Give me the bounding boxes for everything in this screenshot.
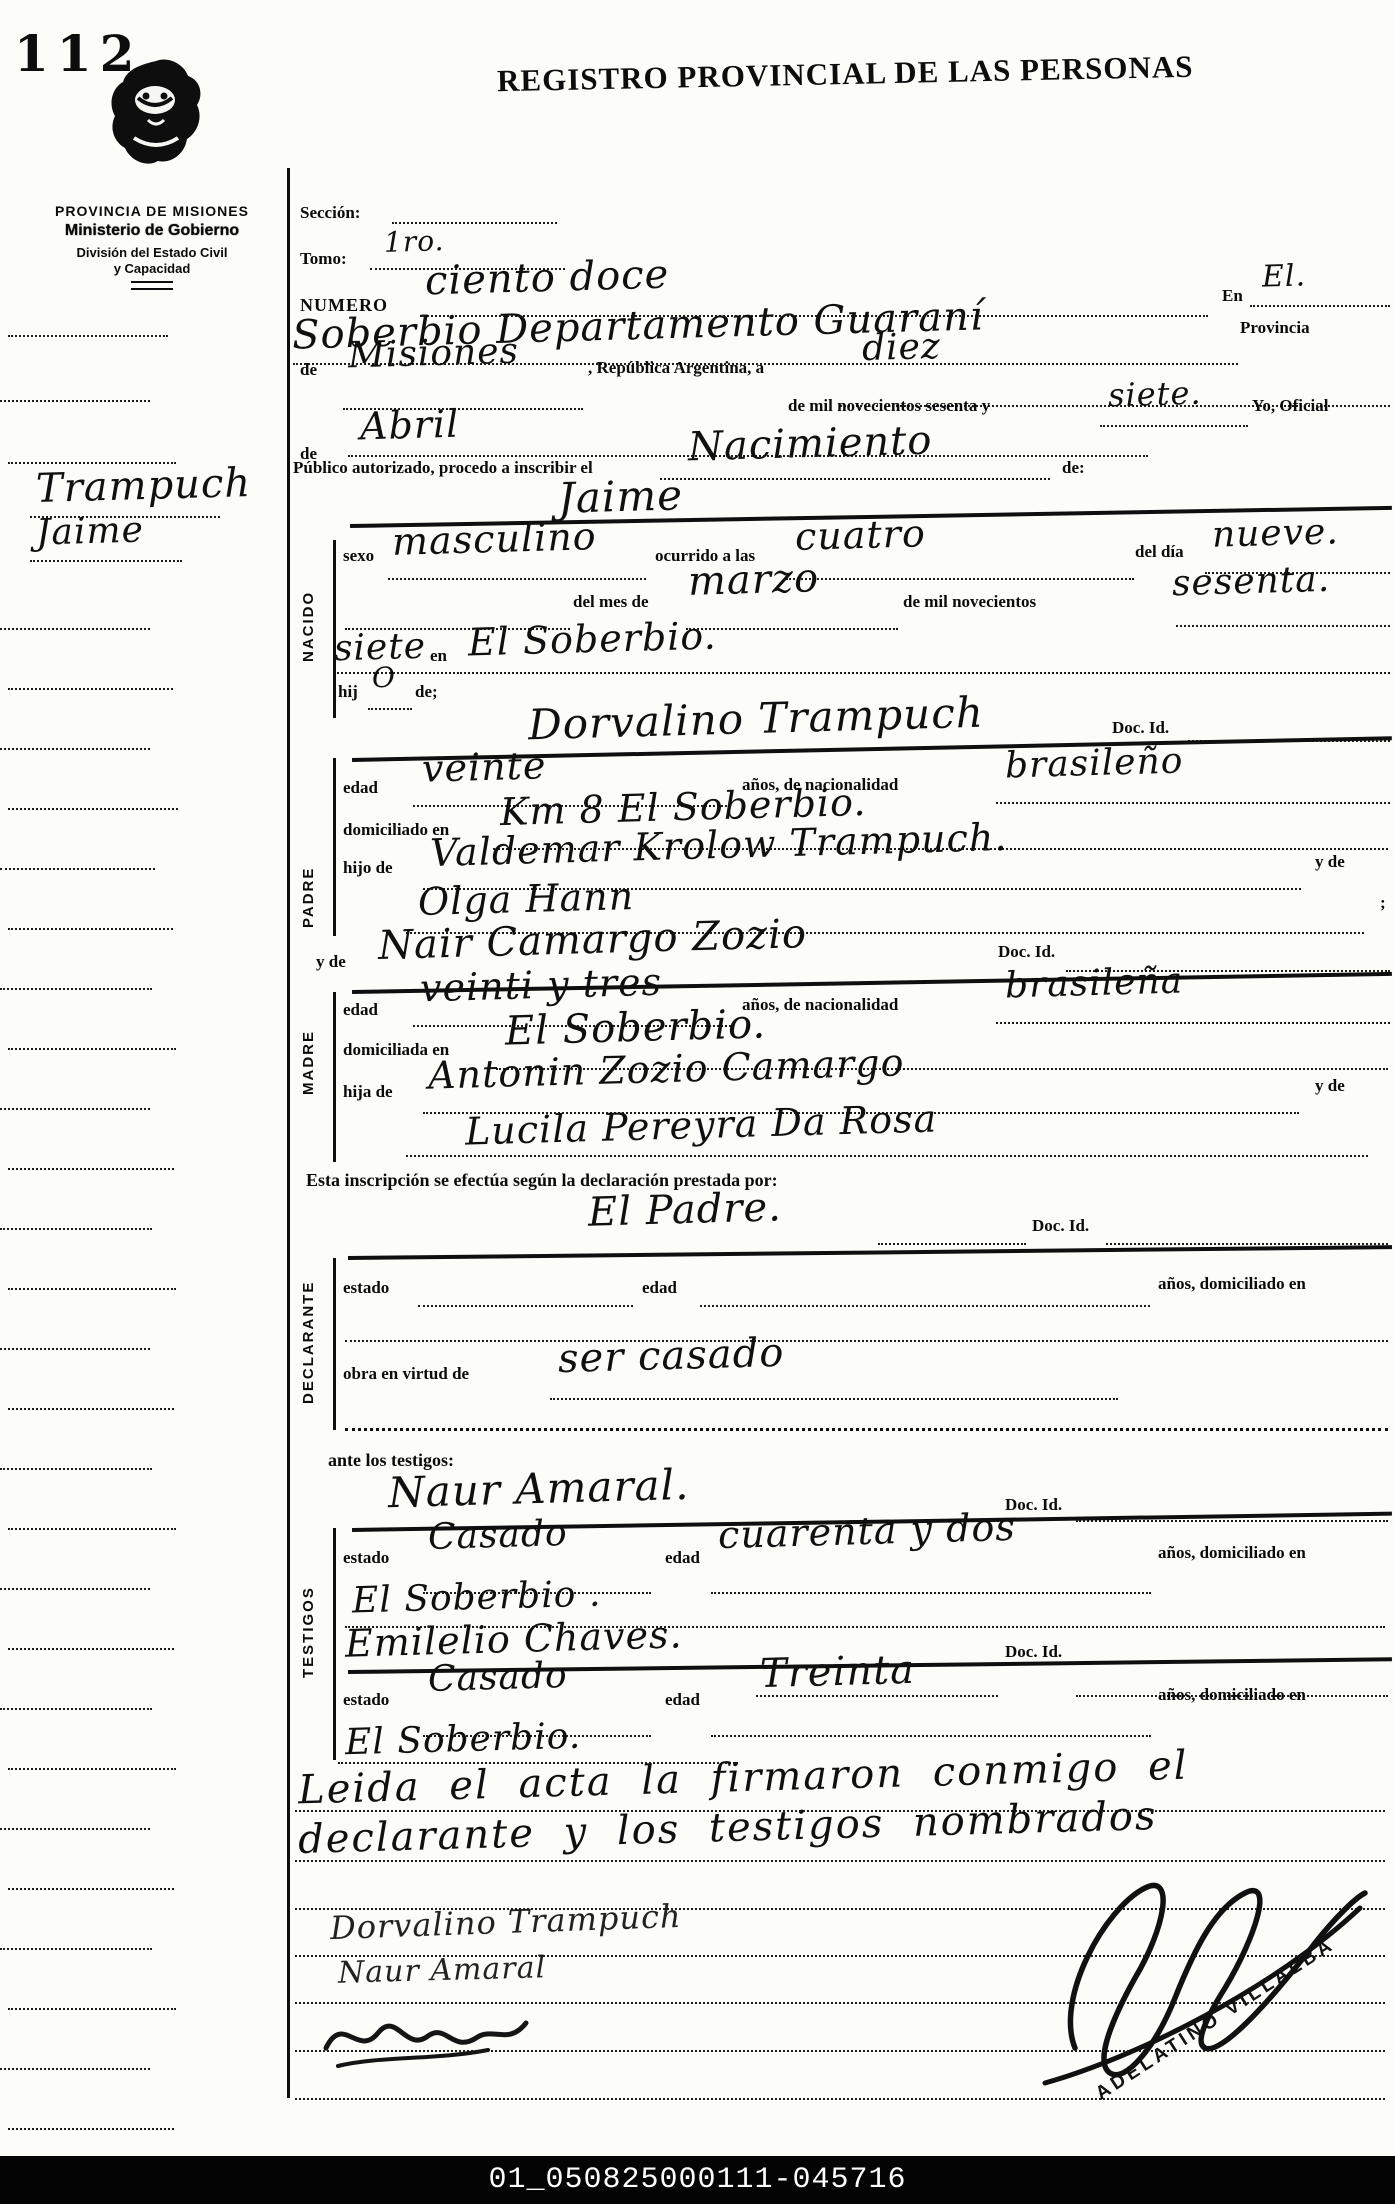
declarante-edad-label: edad (642, 1278, 677, 1298)
testigo2-docid-label: Doc. Id. (1005, 1642, 1062, 1662)
madre-edad-value: veinti y tres (420, 963, 663, 1008)
margin-dotted-line (8, 1528, 176, 1530)
margin-dotted-line (0, 1348, 150, 1350)
mil-novecientos-label: de mil novecientos sesenta y (788, 396, 990, 416)
dotted-leader-line (334, 672, 462, 674)
form-left-border (287, 168, 290, 2098)
padre-nombre-value: Dorvalino Trampuch (528, 692, 985, 747)
padre-edad-label: edad (343, 778, 378, 798)
margin-surname: Trampuch (35, 463, 251, 509)
letterhead-ministry: Ministerio de Gobierno (18, 222, 286, 240)
provincia-label: Provincia (1240, 318, 1310, 338)
declaracion-por-value: El Padre. (587, 1187, 782, 1232)
anio-nacimiento-value: sesenta. (1172, 562, 1331, 602)
padre-nacionalidad-value: brasileño (1005, 744, 1184, 785)
firma-declarante: Dorvalino Trampuch (330, 1900, 682, 1944)
madre-nombre-value: Nair Camargo Zozio (378, 914, 808, 966)
dotted-leader-line (711, 1735, 1151, 1737)
dotted-leader-line (1100, 425, 1248, 427)
testigo2-edad-value: Treinta (759, 1650, 915, 1694)
dotted-leader-line (1250, 305, 1390, 307)
dia-value: diez (862, 329, 942, 367)
letterhead-division: División del Estado Civil (18, 245, 286, 260)
yo-oficial-label: Yo, Oficial (1252, 396, 1329, 416)
obra-label: obra en virtud de (343, 1364, 469, 1384)
declarante-bottom-dotted-rule (345, 1428, 1388, 1431)
section-label-nacido: NACIDO (300, 591, 317, 662)
child-name-value: Jaime (557, 474, 683, 519)
padre-yde-label: y de (1315, 852, 1345, 872)
firma-testigo2-scribble-icon (318, 1998, 533, 2078)
madre-yde-label: y de (316, 952, 346, 972)
dotted-leader-line (406, 1155, 1368, 1157)
testigo2-estado-label: estado (343, 1690, 389, 1710)
dotted-leader-line (345, 1340, 1388, 1342)
dotted-leader-line (392, 222, 557, 224)
margin-dotted-line (0, 1828, 150, 1830)
declarante-estado-label: estado (343, 1278, 389, 1298)
margin-dotted-line (8, 1168, 174, 1170)
testigo2-edad-label: edad (665, 1690, 700, 1710)
declaracion-docid-label: Doc. Id. (1032, 1216, 1089, 1236)
margin-dotted-line (8, 928, 173, 930)
document-title: REGISTRO PROVINCIAL DE LAS PERSONAS (497, 49, 1194, 100)
tomo-label: Tomo: (300, 249, 347, 269)
margin-dotted-line (0, 1468, 152, 1470)
testigo1-edad-label: edad (665, 1548, 700, 1568)
hora-value: cuatro (794, 514, 926, 556)
firma-oficial-flourish-icon (1015, 1848, 1375, 2108)
margin-dotted-line (8, 335, 168, 337)
anio-value: siete. (1108, 377, 1202, 412)
hijade-label: hija de (343, 1082, 393, 1102)
margin-dotted-line (0, 1588, 150, 1590)
testigo2-domicilio-value: El Soberbio. (345, 1719, 582, 1762)
margin-dotted-line (0, 988, 152, 990)
del-dia-label: del día (1135, 542, 1184, 562)
heavy-rule (348, 1245, 1392, 1260)
hij-label: hij (338, 682, 358, 702)
margin-dotted-line (8, 1408, 174, 1410)
padre-punto-label: ; (1380, 893, 1386, 913)
en-label: En (1222, 286, 1243, 306)
dotted-leader-line (878, 1243, 1026, 1245)
mes-value: Abril (359, 405, 459, 446)
madre-docid-label: Doc. Id. (998, 942, 1055, 962)
dotted-leader-line (996, 802, 1390, 804)
margin-dotted-line (8, 1768, 176, 1770)
testigo1-domicilio-value: El Soberbio . (352, 1577, 602, 1620)
dotted-leader-line (550, 1398, 1118, 1400)
dotted-leader-line (388, 578, 646, 580)
margin-dotted-line (0, 2068, 150, 2070)
declarante-domicilio-label: años, domiciliado en (1158, 1274, 1306, 1294)
provincial-seal-icon (108, 58, 204, 170)
lugar-nacimiento-value: El Soberbio. (468, 617, 718, 662)
letterhead-capacidad: y Capacidad (18, 261, 286, 276)
padre-edad-value: veinte (421, 746, 546, 787)
margin-dotted-line (8, 1888, 174, 1890)
section-label-testigos: TESTIGOS (300, 1586, 317, 1678)
abuela-materna-value: Lucila Pereyra Da Rosa (465, 1099, 938, 1150)
margin-dotted-line (8, 1048, 176, 1050)
dotted-leader-line (1176, 625, 1390, 627)
tomo-value: 1ro. (384, 227, 445, 257)
de-label-1: de (300, 360, 317, 380)
novecientos-label: de mil novecientos (903, 592, 1036, 612)
madre-nacionalidad-value: brasileña (1005, 964, 1184, 1005)
numero-value: ciento doce (424, 255, 669, 302)
de-colon-label: de: (1062, 458, 1085, 478)
acto-value: Nacimiento (687, 421, 932, 468)
seccion-label: Sección: (300, 203, 360, 223)
en-nacido-label: en (430, 646, 447, 666)
hij-de-label: de; (415, 682, 438, 702)
footer-code: 01_050825000111-045716 (488, 2163, 906, 2197)
provincia-value: Misiones (348, 334, 520, 375)
margin-dotted-line (8, 808, 178, 810)
letterhead-province: PROVINCIA DE MISIONES (18, 203, 286, 219)
testigo1-estado-value: Casado (428, 1516, 569, 1556)
margin-dotted-line (30, 560, 182, 562)
margin-dotted-line (0, 1108, 150, 1110)
margin-dotted-line (8, 2128, 174, 2130)
registro-civil-scan-page: 112 PROVINCIA DE MISIONES Ministerio de … (0, 0, 1395, 2204)
dotted-leader-line (460, 672, 1390, 674)
margin-dotted-line (0, 748, 150, 750)
section-label-declarante: DECLARANTE (300, 1281, 317, 1404)
abuelo-materno-value: Antonin Zozio Camargo (428, 1043, 905, 1094)
abuela-paterna-value: Olga Hann (418, 877, 635, 921)
section-bracket-line (333, 1528, 336, 1760)
madre-yde2-label: y de (1315, 1076, 1345, 1096)
testigo1-domicilio-label: años, domiciliado en (1158, 1543, 1306, 1563)
section-bracket-line (333, 758, 336, 936)
margin-given-name: Jaime (36, 513, 145, 552)
section-bracket-line (333, 1258, 336, 1430)
dotted-leader-line (418, 1305, 633, 1307)
letterhead-divider (131, 281, 173, 290)
hijode-label: hijo de (343, 858, 393, 878)
padre-docid-label: Doc. Id. (1112, 718, 1169, 738)
del-mes-label: del mes de (573, 592, 649, 612)
margin-dotted-line (8, 1288, 176, 1290)
testigo2-estado-value: Casado (428, 1658, 569, 1698)
margin-dotted-line (0, 1708, 152, 1710)
firma-testigo1: Naur Amaral (338, 1953, 547, 1988)
section-label-madre: MADRE (300, 1030, 317, 1095)
margin-dotted-line (0, 1228, 152, 1230)
testigo1-estado-label: estado (343, 1548, 389, 1568)
en-value: El. (1262, 261, 1307, 292)
margin-dotted-line (8, 1648, 174, 1650)
footer-code-bar: 01_050825000111-045716 (0, 2156, 1395, 2204)
margin-dotted-line (0, 1948, 152, 1950)
dotted-leader-line (368, 708, 412, 710)
dotted-leader-line (786, 578, 1134, 580)
letterhead: PROVINCIA DE MISIONES Ministerio de Gobi… (18, 203, 286, 290)
obra-value: ser casado (557, 1333, 784, 1379)
dotted-leader-line (711, 1592, 1151, 1594)
testigo1-nombre-value: Naur Amaral. (387, 1464, 689, 1514)
dotted-leader-line (1076, 1520, 1388, 1522)
hijo-o-value: O (372, 664, 397, 693)
dotted-leader-line (686, 628, 898, 630)
margin-dotted-line (0, 628, 150, 630)
margin-dotted-line (8, 688, 173, 690)
dia-nacimiento-value: nueve. (1212, 514, 1340, 554)
testigo1-edad-value: cuarenta y dos (718, 1508, 1017, 1554)
dotted-leader-line (700, 1305, 1150, 1307)
section-bracket-line (333, 992, 336, 1162)
sexo-label: sexo (343, 546, 374, 566)
mes-nacimiento-value: marzo (687, 558, 819, 602)
republica-label: , República Argentina, a (588, 358, 764, 378)
testigo2-domicilio-label: años, domiciliado en (1158, 1685, 1306, 1705)
margin-dotted-line (0, 868, 155, 870)
dotted-leader-line (996, 1022, 1390, 1024)
dotted-leader-line (660, 478, 1050, 480)
madre-edad-label: edad (343, 1000, 378, 1020)
sexo-value: masculino (392, 517, 598, 561)
section-label-padre: PADRE (300, 867, 317, 928)
publico-label: Público autorizado, procedo a inscribir … (293, 458, 593, 478)
margin-dotted-line (0, 400, 150, 402)
margin-dotted-line (8, 2008, 176, 2010)
